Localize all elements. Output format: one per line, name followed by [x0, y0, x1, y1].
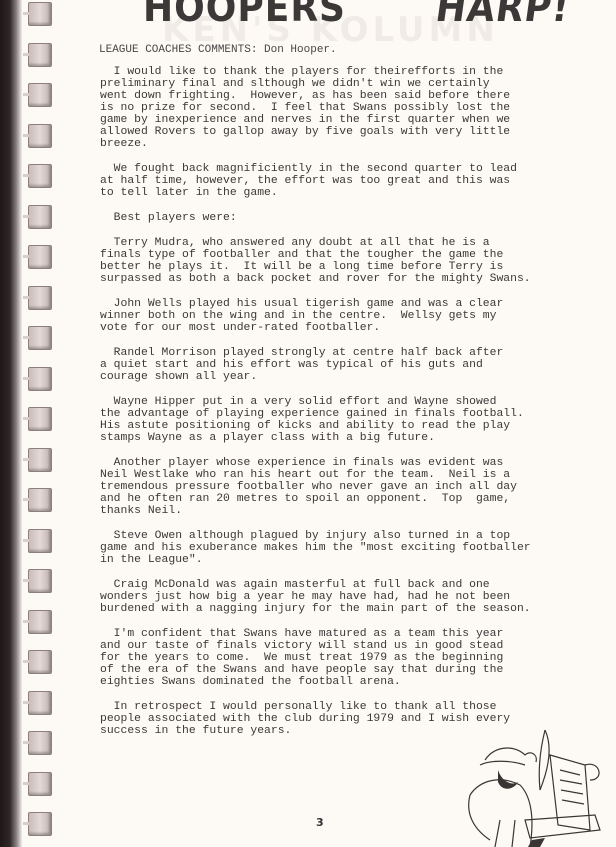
binding-ring	[28, 488, 52, 512]
paragraph: Wayne Hipper put in a very solid effort …	[100, 396, 600, 444]
page-title: HOOPERS HARP!	[143, 0, 569, 29]
paragraph: Craig McDonald was again masterful at fu…	[100, 579, 600, 615]
paragraph: John Wells played his usual tigerish gam…	[100, 298, 600, 334]
article-body: I would like to thank the players for th…	[100, 66, 600, 750]
binding-ring	[28, 812, 52, 836]
binding-ring	[28, 731, 52, 755]
binding-ring	[28, 245, 52, 269]
binding-ring	[28, 610, 52, 634]
binding-spine	[0, 0, 22, 847]
binding-ring	[28, 164, 52, 188]
binding-ring	[28, 529, 52, 553]
binding-ring	[28, 326, 52, 350]
title-left: HOOPERS	[143, 0, 346, 31]
paragraph: Steve Owen although plagued by injury al…	[100, 530, 600, 566]
binding-ring	[28, 286, 52, 310]
binding-ring	[28, 691, 52, 715]
binding-ring	[28, 124, 52, 148]
paragraph: Another player whose experience in final…	[100, 457, 600, 517]
paragraph: We fought back magnificiently in the sec…	[100, 163, 600, 199]
binding-ring	[28, 650, 52, 674]
binding-ring	[28, 83, 52, 107]
binding-ring	[28, 772, 52, 796]
title-right: HARP!	[432, 0, 572, 31]
paragraph: I would like to thank the players for th…	[100, 66, 600, 150]
spiral-binding	[24, 0, 64, 847]
cavalier-writing-scroll-icon	[440, 720, 610, 847]
paragraph: I'm confident that Swans have matured as…	[100, 628, 600, 688]
paragraph: Randel Morrison played strongly at centr…	[100, 347, 600, 383]
binding-ring	[28, 448, 52, 472]
paragraph: Terry Mudra, who answered any doubt at a…	[100, 237, 600, 285]
binding-ring	[28, 205, 52, 229]
binding-ring	[28, 43, 52, 67]
paragraph: Best players were:	[100, 212, 600, 224]
binding-ring	[28, 569, 52, 593]
section-heading: LEAGUE COACHES COMMENTS: Don Hooper.	[99, 44, 337, 56]
binding-ring	[28, 367, 52, 391]
binding-ring	[28, 407, 52, 431]
page-number: 3	[316, 816, 324, 829]
binding-ring	[28, 2, 52, 26]
